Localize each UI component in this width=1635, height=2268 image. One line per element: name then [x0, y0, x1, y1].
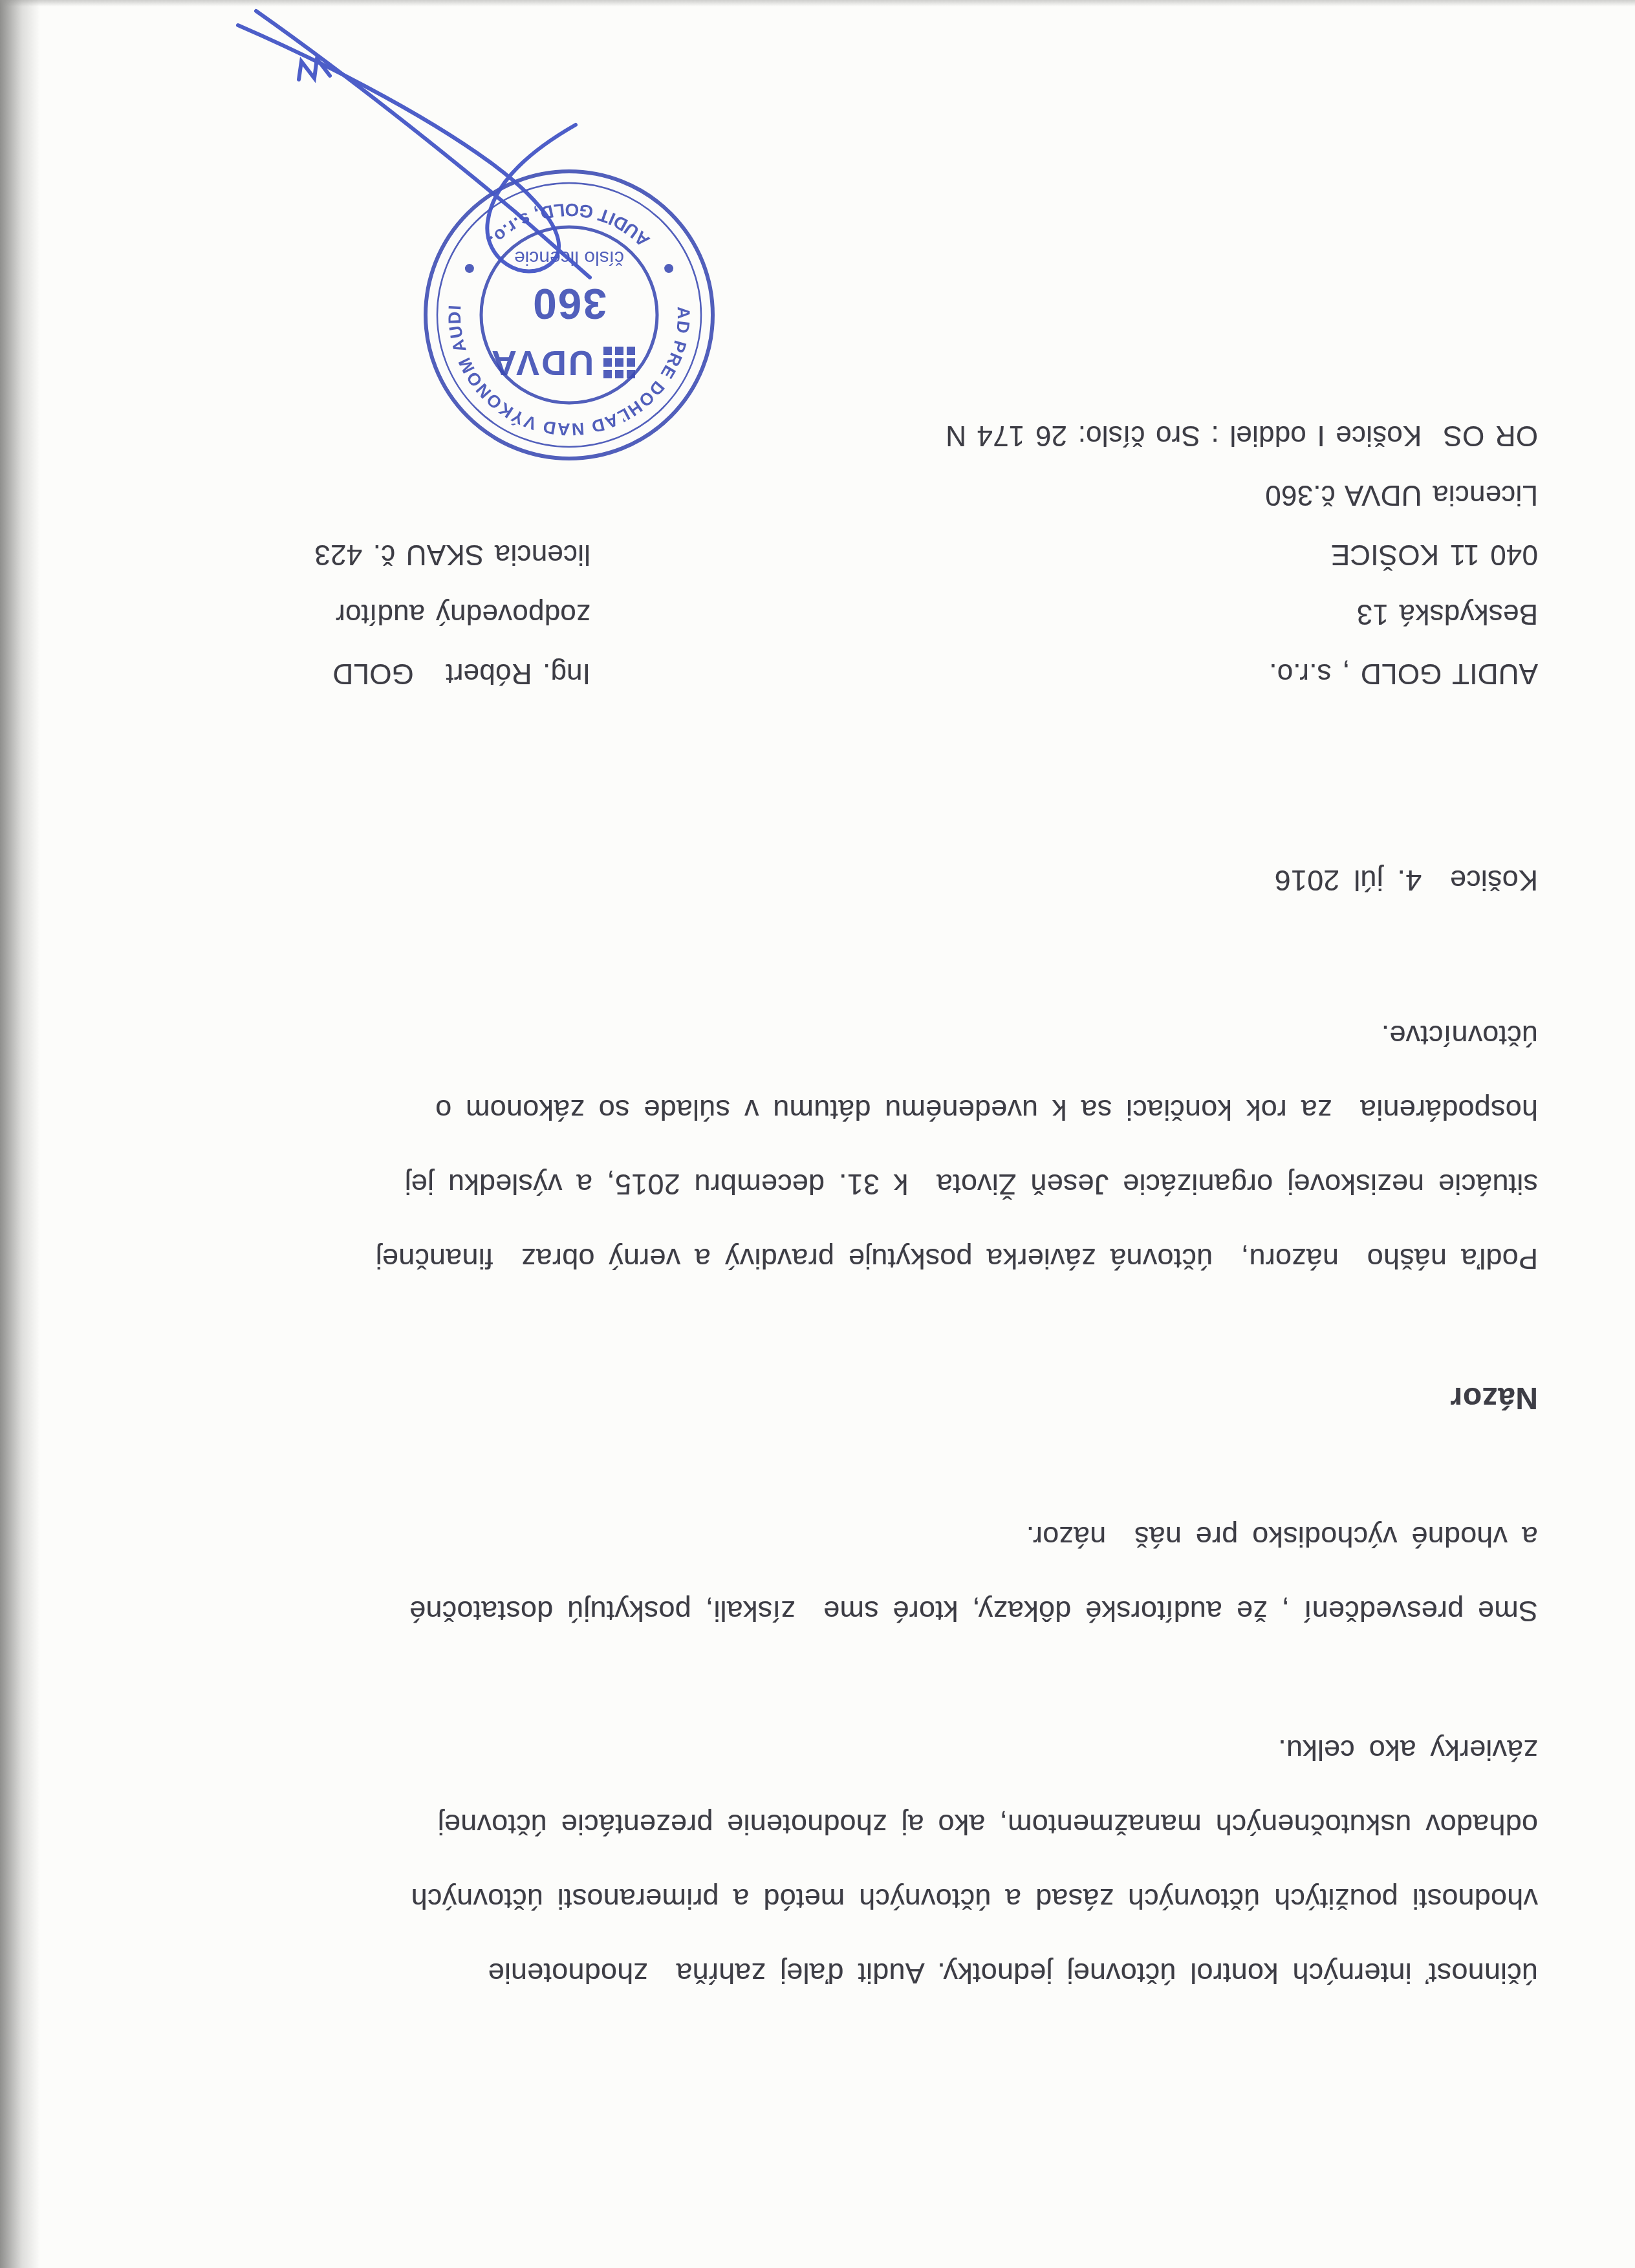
document-sheet: účinnosť interných kontrol účtovnej jedn… — [0, 0, 1635, 2268]
paragraph-audit-scope-line-2: vhodnosti použitých účtovných zásad a úč… — [411, 1882, 1538, 1916]
date-place-line: Košice 4. júl 2016 — [1274, 863, 1538, 897]
auditor-signature-ink — [225, 5, 652, 289]
auditor-license-line: licencia SKAU č. 423 — [314, 537, 590, 571]
paragraph-audit-scope-line-3: odhadov uskutočnených manažmentom, ako a… — [438, 1808, 1538, 1841]
paragraph-opinion-line-3: hospodárenia za rok končiaci sa k uveden… — [435, 1093, 1538, 1127]
signature-stroke-loop — [238, 25, 576, 272]
auditor-name-line: Ing. Róbert GOLD — [332, 656, 590, 690]
company-city-line: 040 11 KOŠICE — [1331, 537, 1538, 571]
company-udva-license-line: Licencia UDVA č.360 — [1265, 478, 1538, 512]
paragraph-opinion-line-4: účtovníctve. — [1381, 1019, 1538, 1052]
opinion-heading: Názor — [1450, 1381, 1538, 1414]
udva-logo-grid-icon — [603, 347, 635, 378]
signature-stroke-sweep — [256, 11, 590, 277]
paragraph-evidence-line-1: Sme presvedčení , že audítorské dôkazy, … — [409, 1594, 1538, 1628]
paragraph-audit-scope-line-1: účinnosť interných kontrol účtovnej jedn… — [488, 1956, 1538, 1990]
company-name-line: AUDIT GOLD , s.r.o. — [1269, 656, 1538, 690]
stamp-org-abbreviation: UDVA — [490, 343, 594, 382]
company-street-line: Beskydská 13 — [1357, 597, 1538, 631]
paragraph-opinion-line-1: Podľa nášho názoru, účtovná závierka pos… — [376, 1242, 1538, 1275]
company-registry-line: OR OS Košice I oddiel : Sro číslo: 26 17… — [946, 418, 1538, 452]
scanned-audit-report-page: účinnosť interných kontrol účtovnej jedn… — [0, 0, 1635, 2268]
paragraph-opinion-line-2: situácie neziskovej organizácie Jeseň Ži… — [404, 1167, 1538, 1201]
auditor-role-line: zodpovedný audítor — [336, 597, 590, 631]
paragraph-audit-scope-line-4: závierky ako celku. — [1278, 1733, 1538, 1767]
stamp-left-bullet — [664, 264, 673, 273]
paragraph-evidence-line-2: a vhodné východisko pre náš názor. — [1026, 1520, 1538, 1553]
